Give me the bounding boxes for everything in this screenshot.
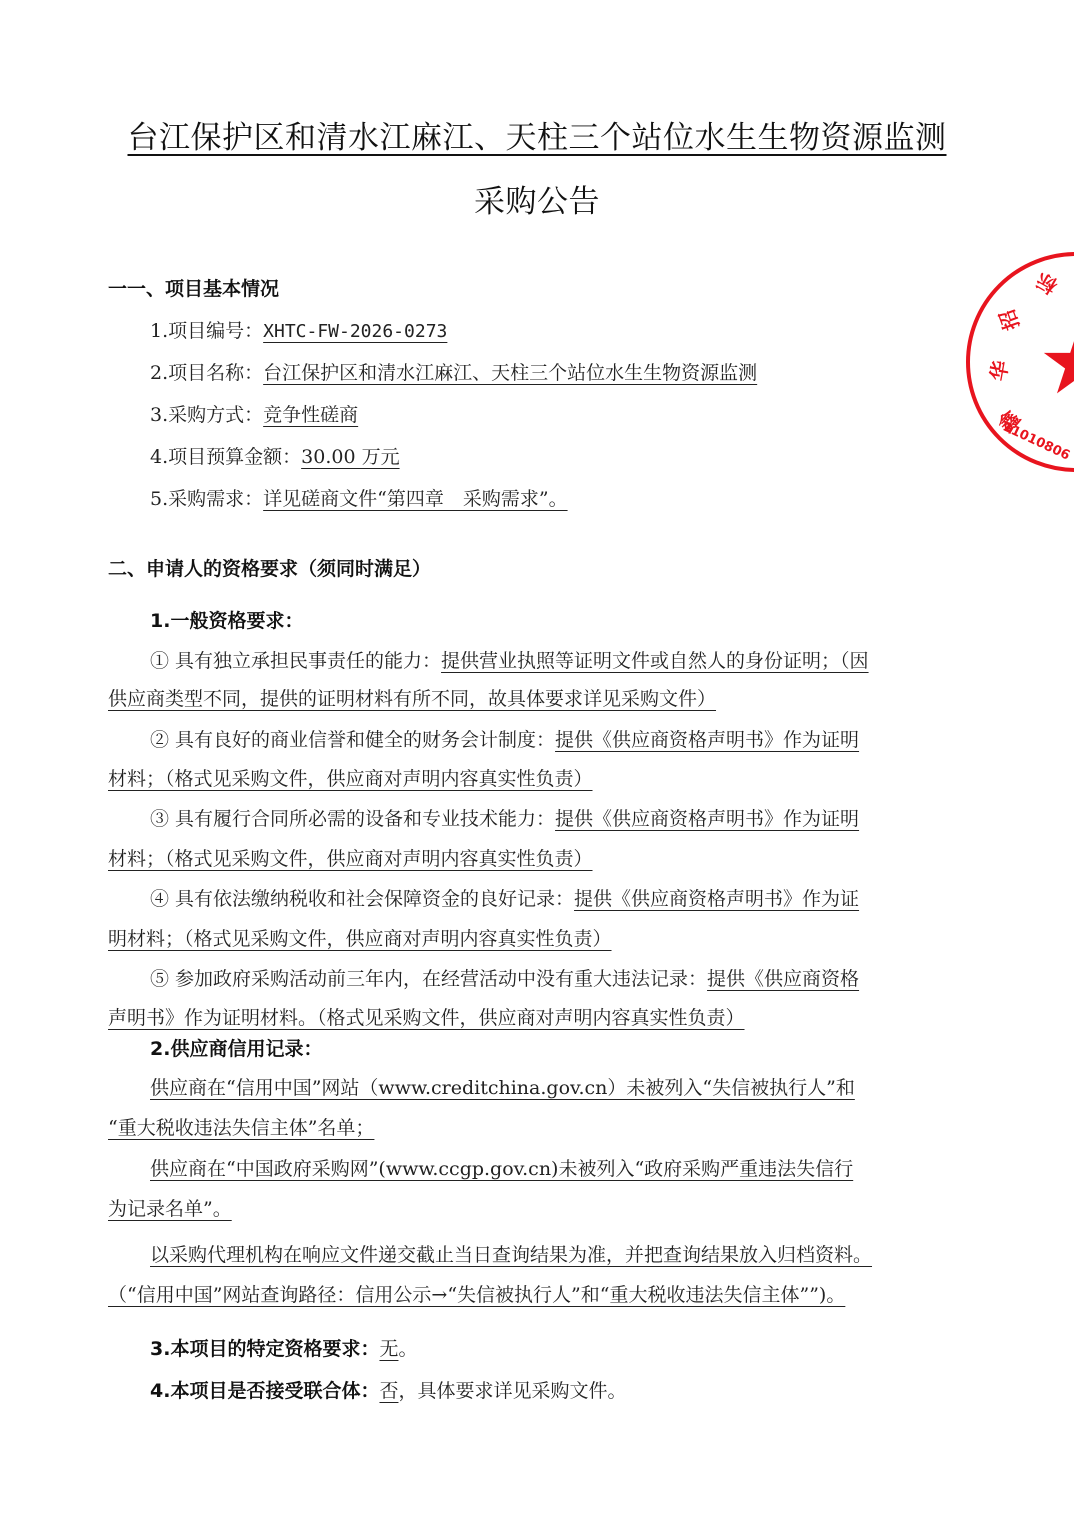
item-evidence: 提供《供应商资格声明书》作为证明 [555, 729, 859, 751]
specific-qualification-value: 无 [379, 1338, 398, 1360]
item-text: ② 具有良好的商业信誉和健全的财务会计制度： [150, 729, 555, 751]
seal-char: 招 [991, 306, 1025, 335]
qualification-item-1-cont: 供应商类型不同，提供的证明材料有所不同，故具体要求详见采购文件） [108, 684, 716, 711]
credit-paragraph-2-cont: 为记录名单”。 [108, 1194, 232, 1221]
star-icon: ★ [1038, 318, 1074, 408]
budget-value: 30.00 万元 [301, 446, 399, 468]
qualification-item-1: ① 具有独立承担民事责任的能力：提供营业执照等证明文件或自然人的身份证明；（因 [150, 646, 869, 673]
specific-qualification-row: 3.本项目的特定资格要求：无。 [150, 1334, 417, 1361]
procurement-method-row: 3.采购方式：竞争性磋商 [150, 400, 358, 427]
project-name-row: 2.项目名称：台江保护区和清水江麻江、天柱三个站位水生生物资源监测 [150, 358, 757, 385]
item-text: ④ 具有依法缴纳税收和社会保障资金的良好记录： [150, 888, 574, 910]
project-name-value: 台江保护区和清水江麻江、天柱三个站位水生生物资源监测 [263, 362, 757, 384]
item-text: ① 具有独立承担民事责任的能力： [150, 650, 441, 672]
project-number-value: XHTC-FW-2026-0273 [263, 321, 447, 342]
requirements-row: 5.采购需求：详见磋商文件“第四章 采购需求”。 [150, 484, 568, 511]
suffix: 。 [398, 1338, 417, 1360]
qualification-item-2: ② 具有良好的商业信誉和健全的财务会计制度：提供《供应商资格声明书》作为证明 [150, 725, 859, 752]
document-title-line2: 采购公告 [0, 176, 1074, 221]
credit-paragraph-3: 以采购代理机构在响应文件递交截止当日查询结果为准，并把查询结果放入归档资料。 [150, 1240, 872, 1267]
field-label: 2.项目名称： [150, 362, 263, 384]
field-label: 3.采购方式： [150, 404, 263, 426]
qualification-item-5-cont: 声明书》作为证明材料。（格式见采购文件，供应商对声明内容真实性负责） [108, 1003, 745, 1030]
credit-paragraph-1-cont: “重大税收违法失信主体”名单； [108, 1113, 374, 1140]
item-text: ⑤ 参加政府采购活动前三年内，在经营活动中没有重大违法记录： [150, 968, 707, 990]
qualification-item-3-cont: 材料；（格式见采购文件，供应商对声明内容真实性负责） [108, 844, 593, 871]
qualification-item-2-cont: 材料；（格式见采购文件，供应商对声明内容真实性负责） [108, 764, 593, 791]
field-label: 4.本项目是否接受联合体： [150, 1380, 379, 1402]
item-evidence: 提供《供应商资格声明书》作为证 [574, 888, 859, 910]
requirements-value: 详见磋商文件“第四章 采购需求”。 [263, 488, 567, 510]
seal-char: 华 [982, 358, 1014, 383]
official-seal: ★ 鑫 华 招 标 11010806 [966, 252, 1074, 472]
item-evidence: 提供营业执照等证明文件或自然人的身份证明；（因 [441, 650, 869, 672]
project-number-row: 1.项目编号：XHTC-FW-2026-0273 [150, 316, 447, 343]
seal-char: 标 [1030, 267, 1062, 302]
qualification-item-5: ⑤ 参加政府采购活动前三年内，在经营活动中没有重大违法记录：提供《供应商资格 [150, 964, 859, 991]
seal-number: 11010806 [1000, 419, 1072, 463]
general-qualifications-heading: 1.一般资格要求： [150, 606, 303, 633]
qualification-item-4-cont: 明材料；（格式见采购文件，供应商对声明内容真实性负责） [108, 924, 612, 951]
item-text: ③ 具有履行合同所必需的设备和专业技术能力： [150, 808, 555, 830]
field-label: 4.项目预算金额： [150, 446, 301, 468]
credit-paragraph-2: 供应商在“中国政府采购网”(www.ccgp.gov.cn)未被列入“政府采购严… [150, 1154, 853, 1181]
field-label: 5.采购需求： [150, 488, 263, 510]
section2-heading: 二、申请人的资格要求（须同时满足） [108, 554, 431, 581]
consortium-value: 否 [379, 1380, 398, 1402]
qualification-item-4: ④ 具有依法缴纳税收和社会保障资金的良好记录：提供《供应商资格声明书》作为证 [150, 884, 859, 911]
field-label: 3.本项目的特定资格要求： [150, 1338, 379, 1360]
credit-paragraph-3-cont: （“信用中国”网站查询路径：信用公示→“失信被执行人”和“重大税收违法失信主体”… [108, 1280, 845, 1307]
title-text: 台江保护区和清水江麻江、天柱三个站位水生生物资源监测 [128, 120, 947, 156]
document-title-line1: 台江保护区和清水江麻江、天柱三个站位水生生物资源监测 [0, 112, 1074, 157]
item-evidence: 提供《供应商资格 [707, 968, 859, 990]
section1-heading: 一一、项目基本情况 [108, 274, 279, 301]
document-page: 台江保护区和清水江麻江、天柱三个站位水生生物资源监测 采购公告 ★ 鑫 华 招 … [0, 0, 1074, 1520]
credit-paragraph-1: 供应商在“信用中国”网站（www.creditchina.gov.cn）未被列入… [150, 1073, 855, 1100]
consortium-row: 4.本项目是否接受联合体：否，具体要求详见采购文件。 [150, 1376, 626, 1403]
procurement-method-value: 竞争性磋商 [263, 404, 358, 426]
budget-row: 4.项目预算金额：30.00 万元 [150, 442, 400, 469]
credit-record-heading: 2.供应商信用记录： [150, 1034, 322, 1061]
field-label: 1.项目编号： [150, 320, 263, 342]
item-evidence: 提供《供应商资格声明书》作为证明 [555, 808, 859, 830]
suffix: ，具体要求详见采购文件。 [398, 1380, 626, 1402]
qualification-item-3: ③ 具有履行合同所必需的设备和专业技术能力：提供《供应商资格声明书》作为证明 [150, 804, 859, 831]
